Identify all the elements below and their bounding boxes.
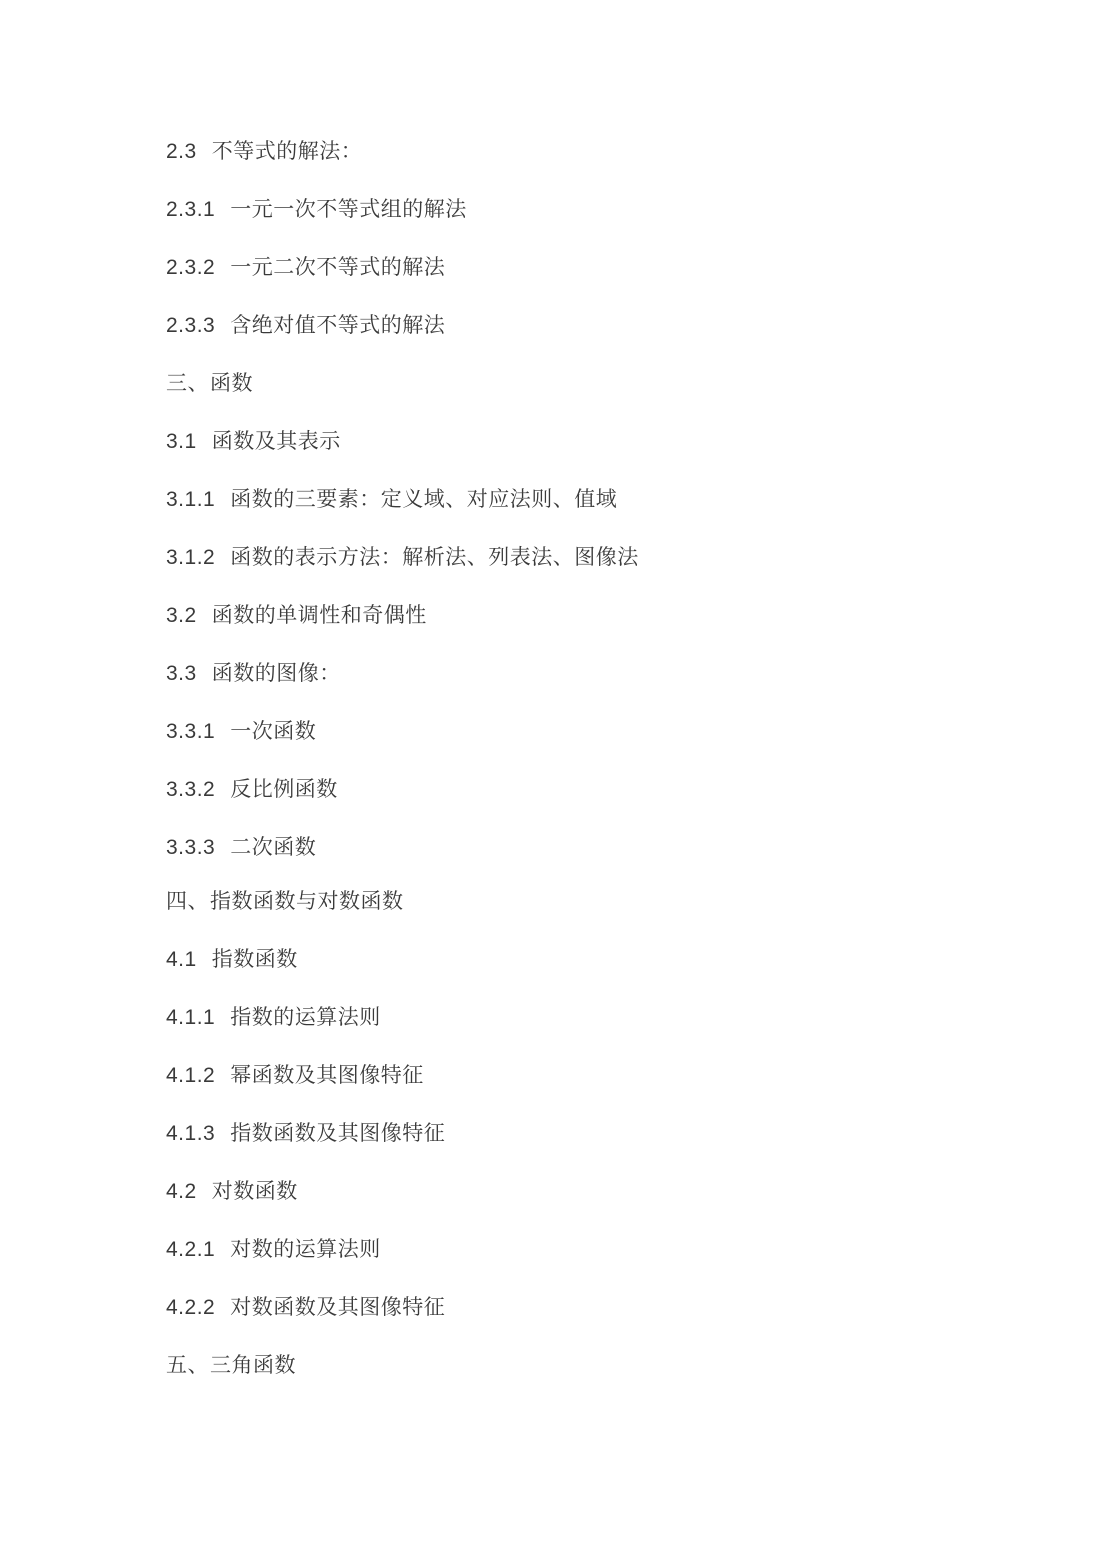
item-number: 2.3.2 [166,256,215,279]
item-text: 对数的运算法则 [230,1238,381,1261]
outline-item-3-3: 3.3函数的图像： [166,662,982,685]
item-number: 4.2 [166,1180,197,1203]
item-number: 4.1.2 [166,1064,215,1087]
outline-item-3-3-2: 3.3.2反比例函数 [166,778,982,801]
item-number: 4.1 [166,948,197,971]
item-number: 3.3.3 [166,836,215,859]
item-number: 3.2 [166,604,197,627]
item-text: 含绝对值不等式的解法 [230,314,445,337]
item-number: 4.2.1 [166,1238,215,1261]
item-number: 3.3.2 [166,778,215,801]
item-number: 2.3.3 [166,314,215,337]
item-text: 二次函数 [230,836,316,859]
outline-item-4-1-1: 4.1.1指数的运算法则 [166,1006,982,1029]
item-number: 3.3 [166,662,197,685]
item-text: 指数函数 [212,948,298,971]
item-number: 3.3.1 [166,720,215,743]
item-number: 2.3.1 [166,198,215,221]
item-number: 4.2.2 [166,1296,215,1319]
item-number: 3.1.1 [166,488,215,511]
item-number: 4.1.1 [166,1006,215,1029]
item-number: 3.1 [166,430,197,453]
item-text: 函数的三要素：定义域、对应法则、值域 [230,488,617,511]
outline-item-3-3-3: 3.3.3二次函数 [166,836,982,859]
outline-item-4-1-3: 4.1.3指数函数及其图像特征 [166,1122,982,1145]
outline-item-4-2-2: 4.2.2对数函数及其图像特征 [166,1296,982,1319]
item-text: 一元一次不等式组的解法 [230,198,467,221]
item-text: 反比例函数 [230,778,338,801]
outline-item-4-1: 4.1指数函数 [166,948,982,971]
item-text: 函数的表示方法：解析法、列表法、图像法 [230,546,639,569]
outline-item-4-2: 4.2对数函数 [166,1180,982,1203]
outline-item-3-1-2: 3.1.2函数的表示方法：解析法、列表法、图像法 [166,546,982,569]
outline-heading-3: 三、函数 [166,372,982,395]
outline-item-3-1: 3.1函数及其表示 [166,430,982,453]
item-text: 指数的运算法则 [230,1006,381,1029]
item-text: 指数函数与对数函数 [210,890,404,913]
item-text: 函数的单调性和奇偶性 [212,604,427,627]
item-number: 3.1.2 [166,546,215,569]
item-text: 不等式的解法： [212,140,363,163]
item-text: 对数函数及其图像特征 [230,1296,445,1319]
outline-item-4-1-2: 4.1.2幂函数及其图像特征 [166,1064,982,1087]
outline-item-4-2-1: 4.2.1对数的运算法则 [166,1238,982,1261]
item-text: 指数函数及其图像特征 [230,1122,445,1145]
item-number: 4.1.3 [166,1122,215,1145]
outline-heading-4: 四、指数函数与对数函数 [166,890,982,913]
item-text: 三角函数 [210,1354,296,1377]
outline-heading-5: 五、三角函数 [166,1354,982,1377]
outline-item-3-3-1: 3.3.1一次函数 [166,720,982,743]
item-text: 对数函数 [212,1180,298,1203]
item-text: 一元二次不等式的解法 [230,256,445,279]
item-number: 五、 [166,1354,209,1377]
item-text: 幂函数及其图像特征 [230,1064,424,1087]
item-number: 2.3 [166,140,197,163]
outline-item-2-3-2: 2.3.2一元二次不等式的解法 [166,256,982,279]
item-number: 四、 [166,890,209,913]
outline-item-3-1-1: 3.1.1函数的三要素：定义域、对应法则、值域 [166,488,982,511]
outline-item-3-2: 3.2函数的单调性和奇偶性 [166,604,982,627]
item-text: 一次函数 [230,720,316,743]
item-number: 三、 [166,372,209,395]
document-page: 2.3不等式的解法： 2.3.1一元一次不等式组的解法 2.3.2一元二次不等式… [166,140,982,1412]
item-text: 函数及其表示 [212,430,341,453]
outline-item-2-3: 2.3不等式的解法： [166,140,982,163]
outline-item-2-3-1: 2.3.1一元一次不等式组的解法 [166,198,982,221]
outline-item-2-3-3: 2.3.3含绝对值不等式的解法 [166,314,982,337]
item-text: 函数 [210,372,253,395]
item-text: 函数的图像： [212,662,341,685]
